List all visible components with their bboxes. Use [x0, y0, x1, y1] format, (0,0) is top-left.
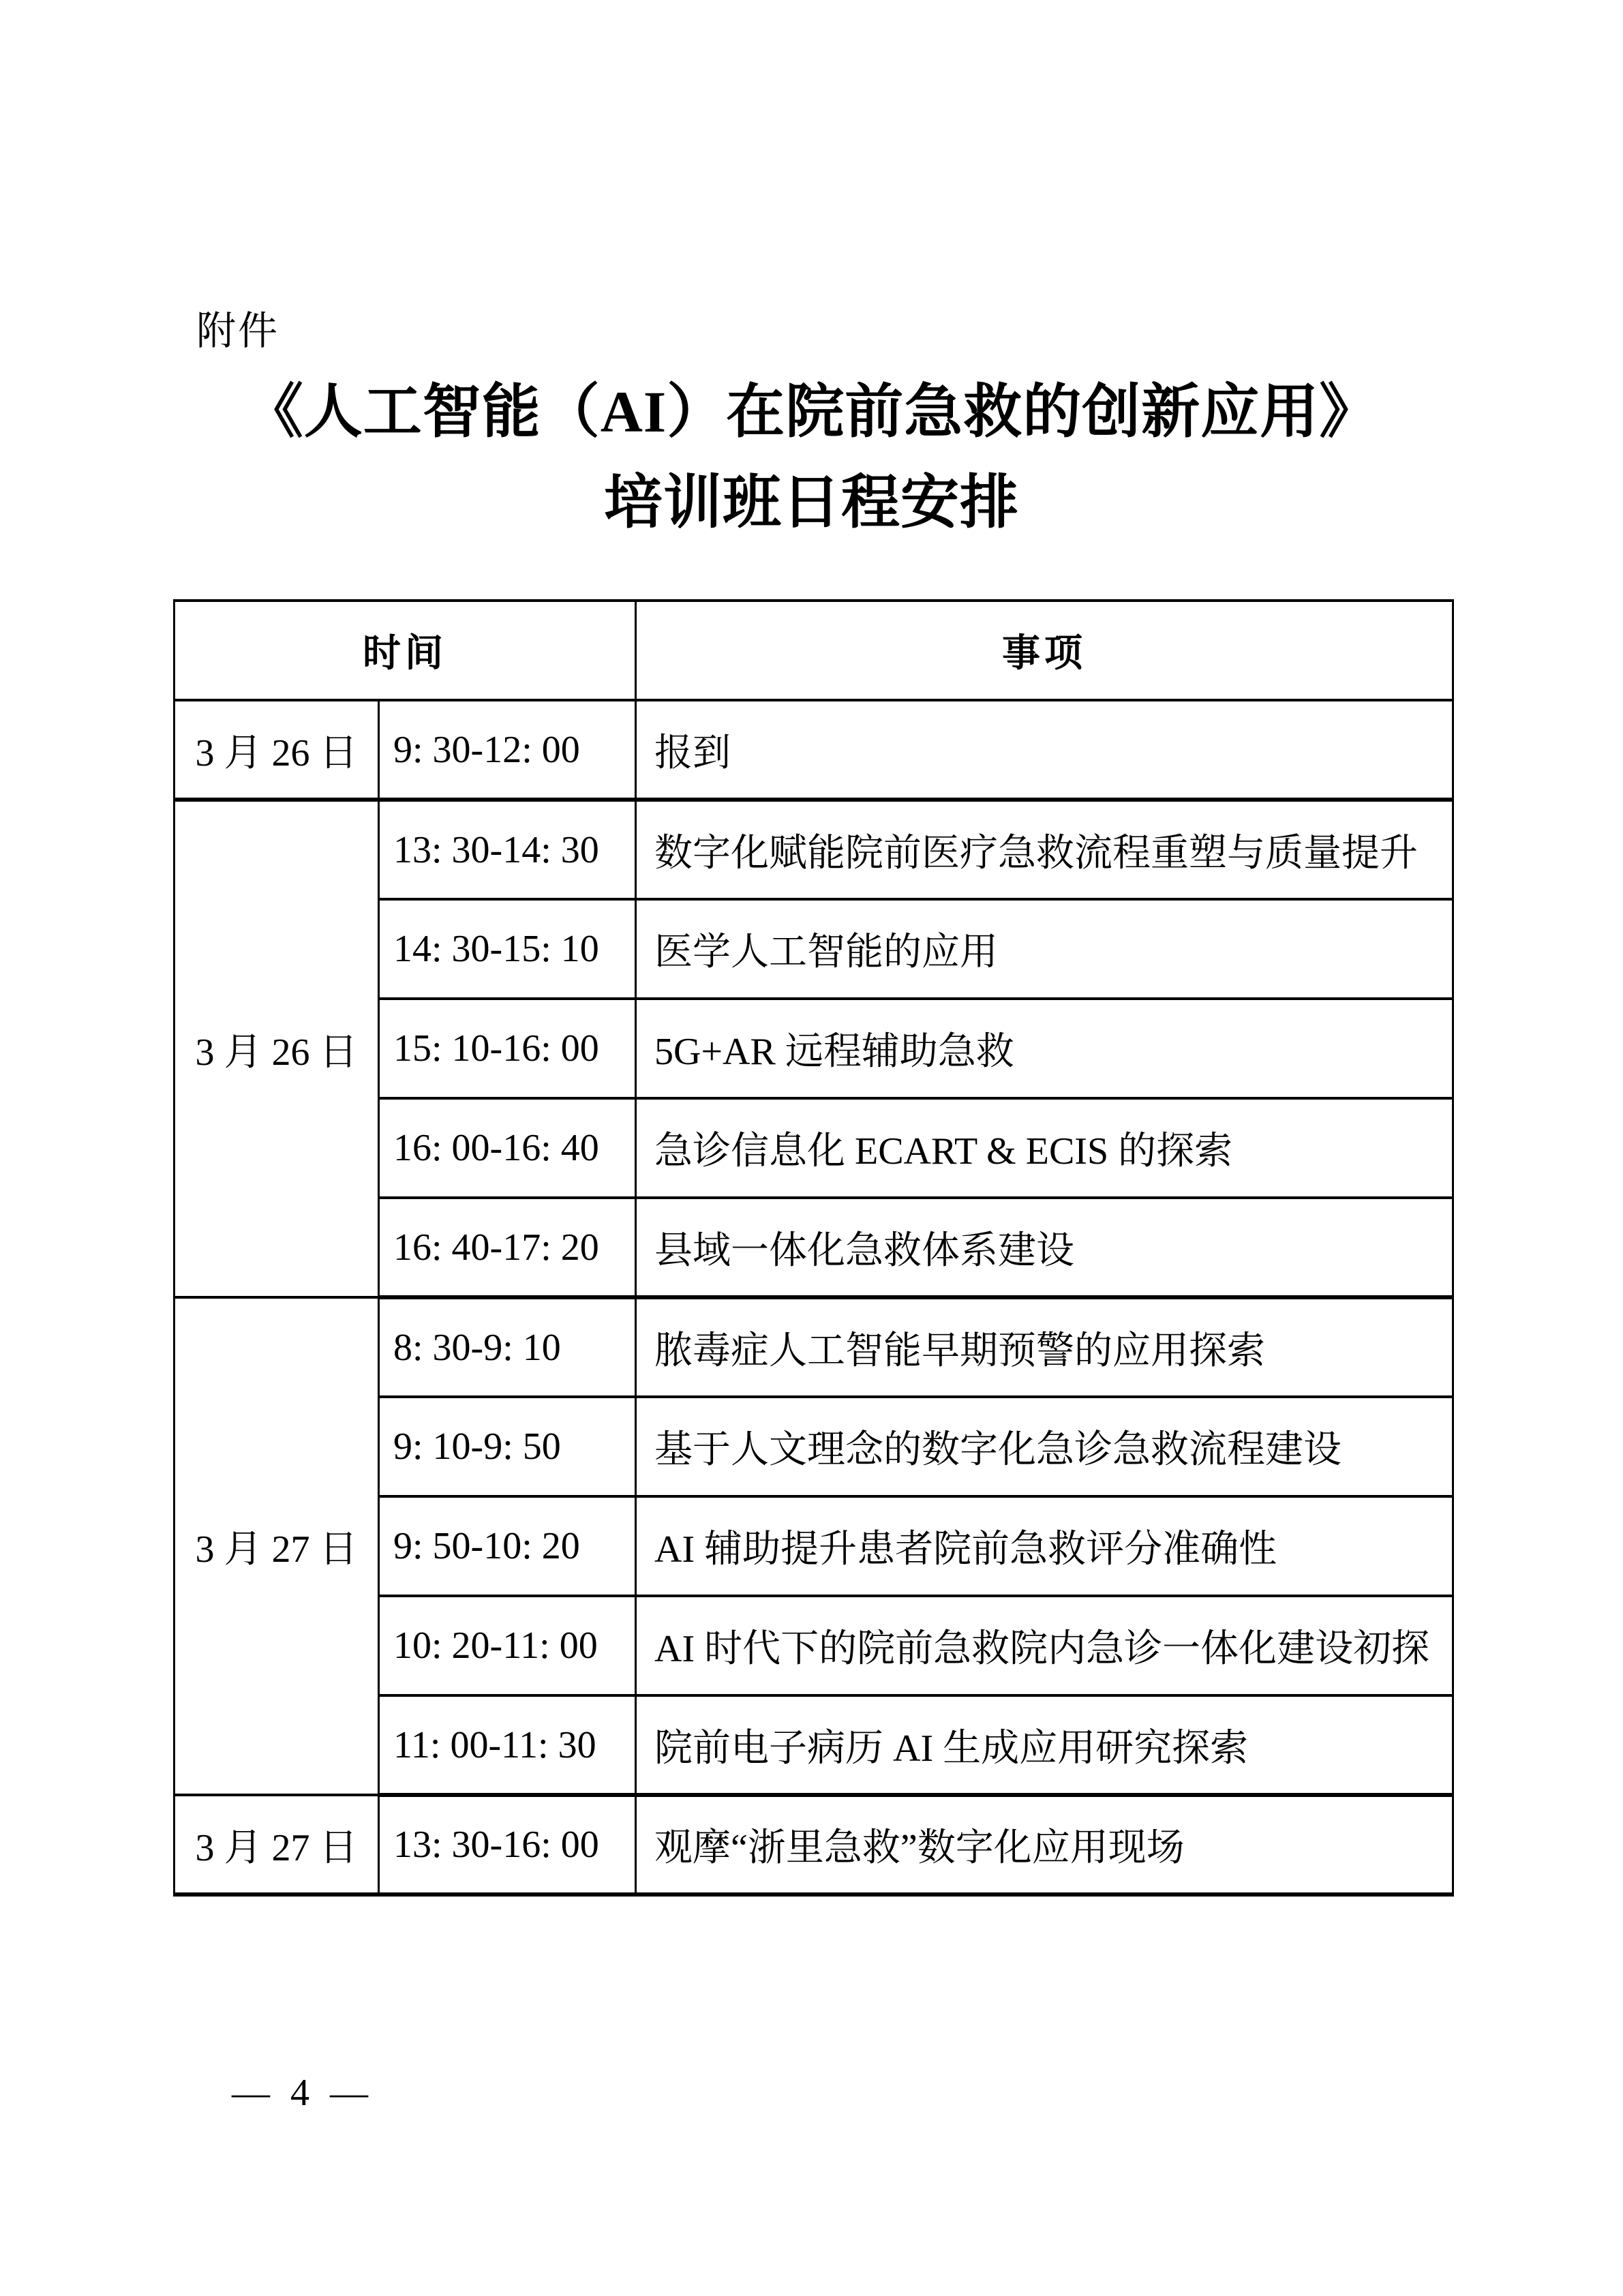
document-title-line1: 《人工智能（AI）在院前急救的创新应用》 [0, 367, 1623, 457]
table-row: 3 月 26 日 13: 30-14: 30 数字化赋能院前医疗急救流程重塑与质… [175, 800, 1453, 899]
time-cell: 9: 30-12: 00 [379, 700, 636, 800]
time-cell: 9: 50-10: 20 [379, 1496, 636, 1596]
item-cell: 院前电子病历 AI 生成应用研究探索 [636, 1695, 1453, 1795]
attachment-label: 附件 [196, 299, 279, 356]
schedule-table: 时间 事项 3 月 26 日 9: 30-12: 00 报到 3 月 26 日 … [173, 599, 1454, 1897]
item-cell: AI 辅助提升患者院前急救评分准确性 [636, 1496, 1453, 1596]
time-cell: 15: 10-16: 00 [379, 999, 636, 1098]
time-cell: 8: 30-9: 10 [379, 1297, 636, 1397]
item-cell: 医学人工智能的应用 [636, 899, 1453, 999]
document-page: 附件 《人工智能（AI）在院前急救的创新应用》 培训班日程安排 时间 事项 3 … [0, 0, 1623, 2296]
item-cell: 急诊信息化 ECART & ECIS 的探索 [636, 1098, 1453, 1198]
time-cell: 13: 30-16: 00 [379, 1795, 636, 1894]
date-cell: 3 月 27 日 [175, 1795, 379, 1894]
time-cell: 11: 00-11: 30 [379, 1695, 636, 1795]
page-number: — 4 — [232, 2071, 374, 2115]
date-cell: 3 月 26 日 [175, 700, 379, 800]
table-row: 3 月 27 日 13: 30-16: 00 观摩“浙里急救”数字化应用现场 [175, 1795, 1453, 1894]
time-cell: 13: 30-14: 30 [379, 800, 636, 899]
document-title-line2: 培训班日程安排 [0, 457, 1623, 548]
item-cell: 县域一体化急救体系建设 [636, 1198, 1453, 1297]
time-cell: 10: 20-11: 00 [379, 1596, 636, 1695]
item-cell: 基于人文理念的数字化急诊急救流程建设 [636, 1397, 1453, 1496]
column-header-time: 时间 [175, 601, 636, 700]
time-cell: 16: 00-16: 40 [379, 1098, 636, 1198]
column-header-item: 事项 [636, 601, 1453, 700]
table-row: 3 月 27 日 8: 30-9: 10 脓毒症人工智能早期预警的应用探索 [175, 1297, 1453, 1397]
time-cell: 9: 10-9: 50 [379, 1397, 636, 1496]
item-cell: 数字化赋能院前医疗急救流程重塑与质量提升 [636, 800, 1453, 899]
item-cell: 观摩“浙里急救”数字化应用现场 [636, 1795, 1453, 1894]
item-cell: 报到 [636, 700, 1453, 800]
item-cell: 5G+AR 远程辅助急救 [636, 999, 1453, 1098]
time-cell: 16: 40-17: 20 [379, 1198, 636, 1297]
date-cell: 3 月 27 日 [175, 1297, 379, 1795]
document-title: 《人工智能（AI）在院前急救的创新应用》 培训班日程安排 [0, 367, 1623, 549]
table-header-row: 时间 事项 [175, 601, 1453, 700]
item-cell: 脓毒症人工智能早期预警的应用探索 [636, 1297, 1453, 1397]
table-row: 3 月 26 日 9: 30-12: 00 报到 [175, 700, 1453, 800]
item-cell: AI 时代下的院前急救院内急诊一体化建设初探 [636, 1596, 1453, 1695]
date-cell: 3 月 26 日 [175, 800, 379, 1297]
time-cell: 14: 30-15: 10 [379, 899, 636, 999]
